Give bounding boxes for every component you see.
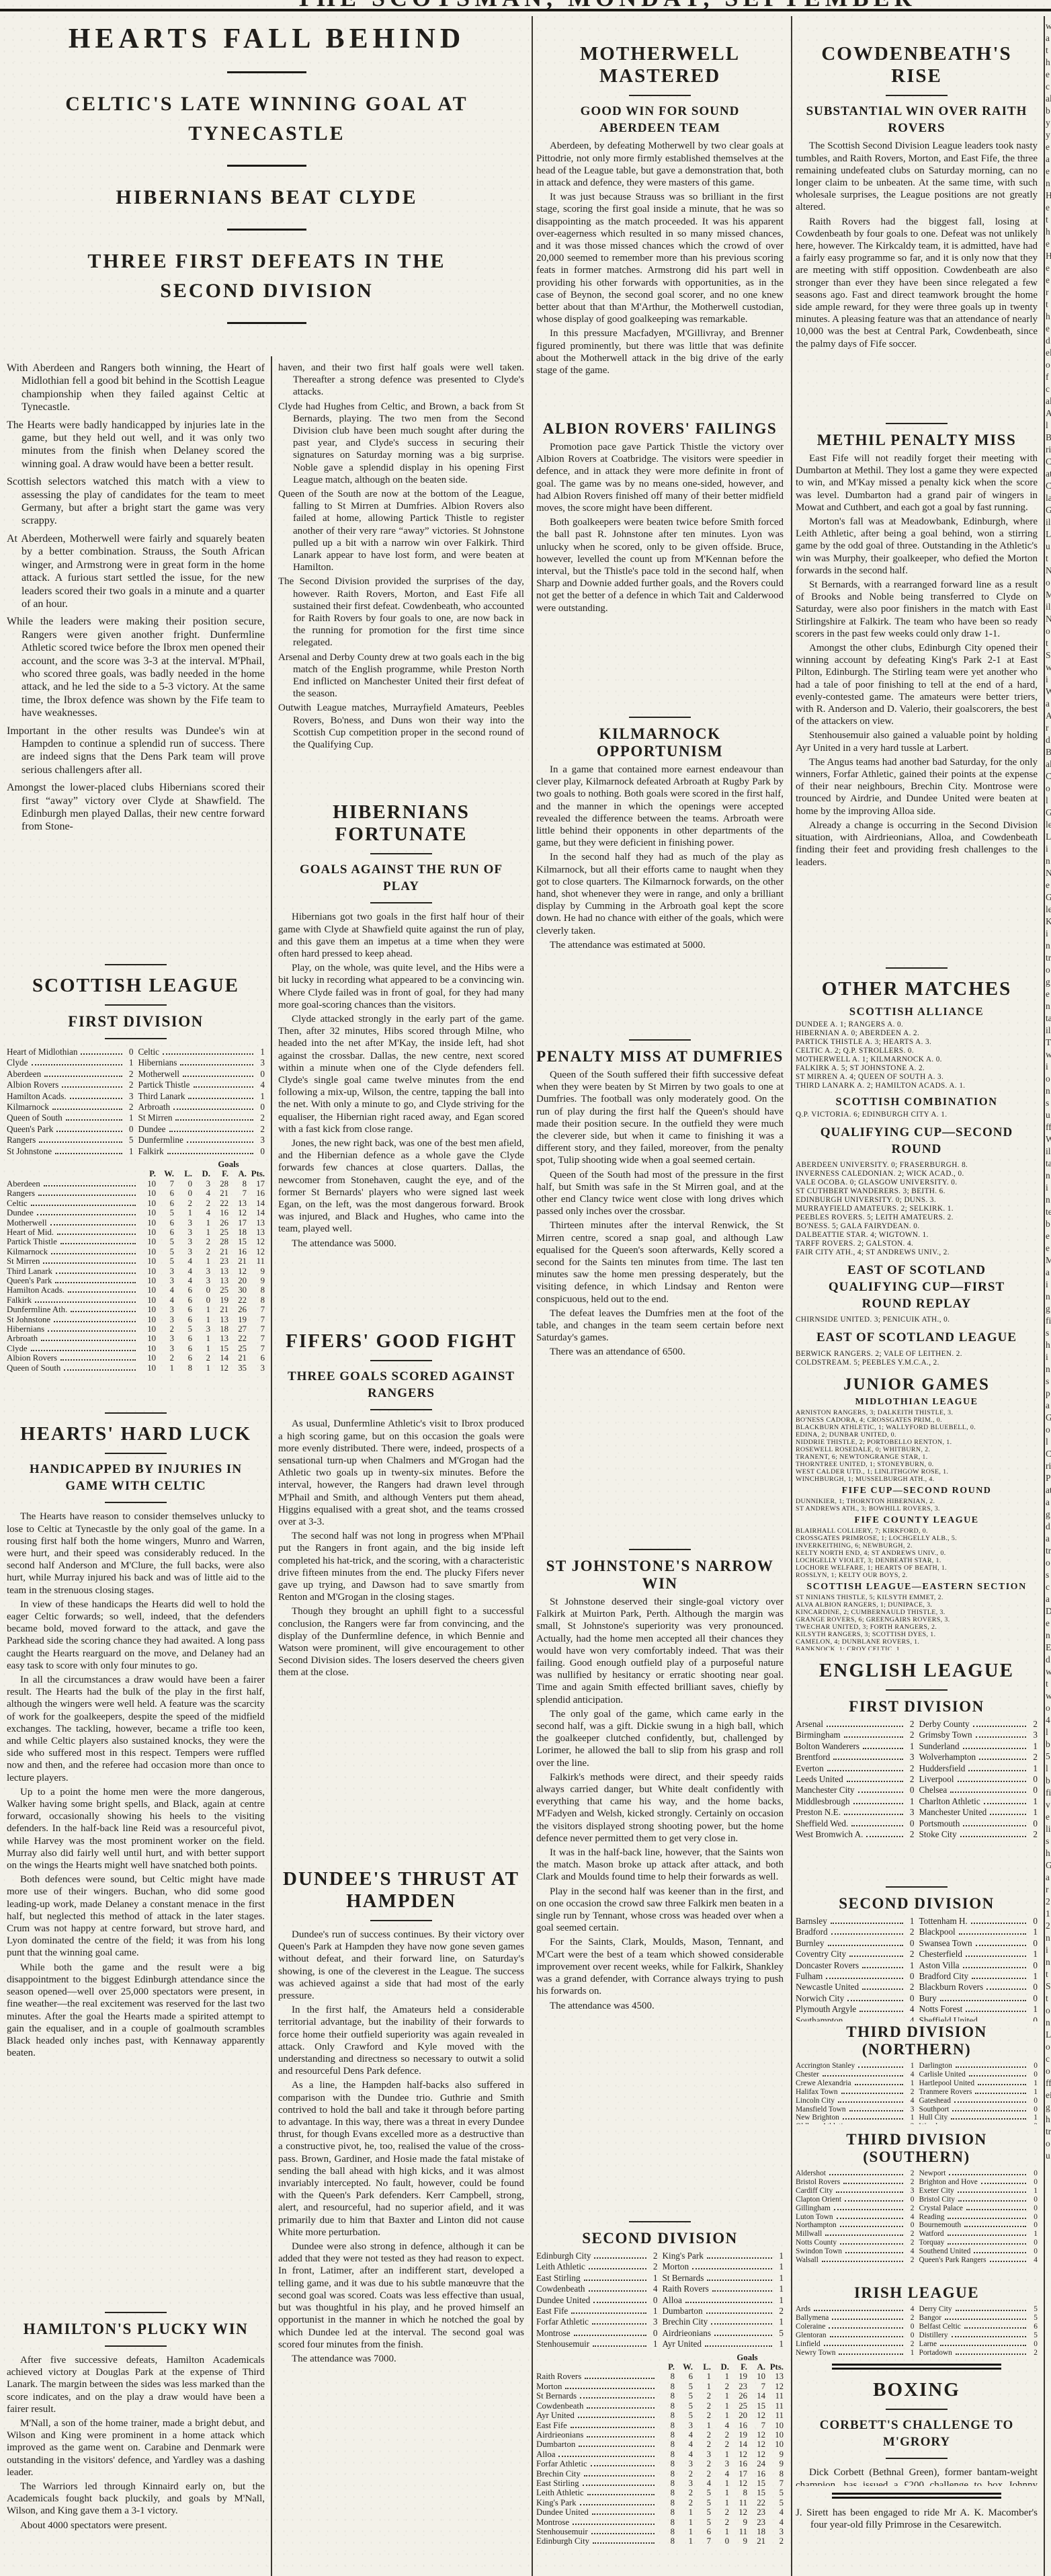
table-row: Airdrieonians8422191210 bbox=[536, 2430, 784, 2440]
away-score: 2 bbox=[774, 2306, 784, 2317]
away-score: 1 bbox=[1028, 1927, 1038, 1937]
cut-off-column-edge: w a the cal by yea en He the He er the d… bbox=[1046, 20, 1051, 2575]
stat-cell: 18 bbox=[210, 1324, 228, 1334]
stat-cell: 2 bbox=[693, 2411, 711, 2420]
article-paragraph: In a game that contained more earnest en… bbox=[536, 764, 784, 849]
away-team: Morton bbox=[663, 2261, 689, 2272]
table-row: Heart of Mid.10631251813 bbox=[7, 1227, 265, 1237]
column-header: P. bbox=[657, 2362, 675, 2372]
dotted-leader bbox=[712, 2290, 772, 2292]
team-cell-inner: Falkirk bbox=[7, 1295, 138, 1305]
home-team: Burnley bbox=[796, 1938, 825, 1949]
score-line: BO'NESS CADORA, 4; CROSSGATES PRIM., 0. bbox=[796, 1416, 1038, 1424]
stat-cell: 4 bbox=[156, 1295, 174, 1305]
dotted-leader bbox=[39, 1141, 122, 1143]
stat-cell: 6 bbox=[174, 1295, 192, 1305]
divider-rule bbox=[886, 1689, 948, 1691]
divider-rule bbox=[105, 1412, 167, 1414]
stat-cell: 1 bbox=[675, 2536, 693, 2546]
result-home-half: Walsall2 bbox=[796, 2256, 915, 2265]
home-team: Ballymena bbox=[796, 2314, 829, 2323]
stat-cell: 8 bbox=[729, 2488, 747, 2497]
team-name: Hibernians bbox=[7, 1324, 44, 1334]
stat-cell: 10 bbox=[138, 1353, 156, 1363]
result-home-half: Notts County2 bbox=[796, 2239, 915, 2247]
dotted-leader bbox=[839, 2353, 902, 2355]
stat-cell: 6 bbox=[174, 1285, 192, 1295]
result-row: Hamilton Acads.3Third Lanark1 bbox=[7, 1091, 265, 1102]
dotted-leader bbox=[589, 2290, 646, 2292]
result-home-half: Stenhousemuir1 bbox=[536, 2339, 658, 2349]
away-score: 4 bbox=[255, 1080, 265, 1090]
away-team: Notts Forest bbox=[919, 2004, 963, 2015]
stat-cell: 1 bbox=[675, 2518, 693, 2527]
result-away-half: Aston Villa0 bbox=[915, 1960, 1038, 1971]
stat-cell: 0 bbox=[711, 2536, 729, 2546]
table-row: St Mirren10541232111 bbox=[7, 1256, 265, 1266]
result-home-half: Aberdeen2 bbox=[7, 1069, 134, 1080]
table-goals-row: Goals bbox=[7, 1160, 265, 1169]
stat-cell: 8 bbox=[657, 2372, 675, 2381]
score-line: BANKNOCK, 1; CROY CELTIC, 1. bbox=[796, 1646, 1038, 1650]
home-team: Notts County bbox=[796, 2239, 837, 2247]
table-row: Brechin City822417168 bbox=[536, 2469, 784, 2479]
section-heading: SCOTTISH ALLIANCE bbox=[796, 1005, 1038, 1018]
score-line: TARFF ROVERS. 2; GALSTON. 4. bbox=[796, 1240, 1038, 1248]
stat-cell: 19 bbox=[729, 2372, 747, 2381]
dotted-leader bbox=[823, 2075, 903, 2077]
away-team: King's Park bbox=[663, 2251, 704, 2261]
dotted-leader bbox=[834, 2209, 903, 2210]
section-heading: SCOTTISH LEAGUE bbox=[7, 975, 265, 997]
lead-subheadline: HIBERNIANS BEAT CLYDE bbox=[5, 183, 528, 212]
divider-rule bbox=[886, 2458, 948, 2459]
away-score: 0 bbox=[255, 1146, 265, 1157]
home-team: Cardiff City bbox=[796, 2187, 833, 2196]
stat-cell: 3 bbox=[156, 1266, 174, 1276]
away-score: 5 bbox=[1028, 2314, 1038, 2323]
score-line: ALVA ALBION RANGERS, 1; DUNIPACE, 3. bbox=[796, 1601, 1038, 1609]
result-row: Luton Town4Reading0 bbox=[796, 2213, 1038, 2222]
stat-cell: 26 bbox=[210, 1218, 228, 1227]
spacer-cell bbox=[247, 1160, 265, 1169]
article-paragraph: Dundee were also strong in defence, alth… bbox=[278, 2241, 524, 2351]
table-row: Celtic10622221314 bbox=[7, 1199, 265, 1208]
away-team: Chesterfield bbox=[919, 1949, 962, 1960]
home-team: Doncaster Rovers bbox=[796, 1960, 859, 1971]
team-cell-inner: Dumbarton bbox=[536, 2440, 657, 2449]
result-away-half: Arbroath0 bbox=[134, 1102, 265, 1113]
stat-cell: 11 bbox=[765, 2401, 784, 2411]
dotted-leader bbox=[956, 2353, 1026, 2355]
result-home-half: Glentoran0 bbox=[796, 2331, 915, 2340]
section-heading: SECOND DIVISION bbox=[536, 2230, 784, 2247]
score-line: LOCHORE WELFARE, 1; HEARTS OF BEATH, 1. bbox=[796, 1564, 1038, 1572]
section-heading: DUNDEE'S THRUST AT HAMPDEN bbox=[278, 1868, 524, 1913]
home-score: 2 bbox=[905, 1763, 915, 1774]
stat-cell: 22 bbox=[210, 1199, 228, 1208]
results-block-english-second: SECOND DIVISIONBarnsley1Tottenham H.0Bra… bbox=[796, 1879, 1038, 2021]
result-home-half: Clapton Orient0 bbox=[796, 2196, 915, 2204]
stat-cell: 19 bbox=[729, 2430, 747, 2440]
stat-cell: 35 bbox=[228, 1363, 247, 1373]
dotted-leader bbox=[974, 2252, 1026, 2253]
away-score: 0 bbox=[1028, 1938, 1038, 1949]
stat-cell: 9 bbox=[765, 2450, 784, 2459]
score-line: THORNTREE UNITED, 1; STONEYBURN, 0. bbox=[796, 1461, 1038, 1468]
article-paragraph: The defeat leaves the Dumfries men at th… bbox=[536, 1307, 784, 1344]
team-cell-inner: Airdrieonians bbox=[536, 2430, 657, 2440]
stat-cell: 2 bbox=[675, 2498, 693, 2507]
article-paragraph: Amongst the lower-placed clubs Hibernian… bbox=[7, 781, 265, 834]
away-score: 2 bbox=[255, 1113, 265, 1123]
stat-cell: 2 bbox=[693, 2469, 711, 2479]
result-away-half: Liverpool0 bbox=[915, 1774, 1038, 1785]
team-name: Queen of South bbox=[7, 1363, 60, 1373]
team-cell: East Stirling bbox=[536, 2479, 657, 2488]
dotted-leader bbox=[849, 2110, 903, 2111]
score-line: FALKIRK A. 5; ST JOHNSTONE A. 2. bbox=[796, 1064, 1038, 1073]
stat-cell: 10 bbox=[138, 1266, 156, 1276]
dotted-leader bbox=[969, 2075, 1026, 2077]
column-rule bbox=[271, 356, 272, 2576]
dotted-leader bbox=[940, 2345, 1026, 2346]
team-cell-inner: Kilmarnock bbox=[7, 1247, 138, 1256]
home-team: Gillingham bbox=[796, 2204, 831, 2213]
team-name: Brechin City bbox=[536, 2469, 581, 2479]
stat-cell: 13 bbox=[247, 1218, 265, 1227]
stat-cell: 1 bbox=[711, 2391, 729, 2401]
table-row: Partick Thistle10532281512 bbox=[7, 1237, 265, 1246]
table-row: East Fife831416710 bbox=[536, 2421, 784, 2430]
stat-cell: 15 bbox=[228, 1237, 247, 1246]
dotted-leader bbox=[571, 2427, 655, 2428]
home-team: Hamilton Acads. bbox=[7, 1091, 67, 1102]
team-cell: Third Lanark bbox=[7, 1266, 138, 1276]
score-list: ABERDEEN UNIVERSITY. 0; FRASERBURGH. 8.I… bbox=[796, 1161, 1038, 1257]
result-row: Preston N.E.3Manchester United1 bbox=[796, 1807, 1038, 1818]
stat-cell: 6 bbox=[156, 1189, 174, 1198]
dotted-leader bbox=[843, 2183, 902, 2184]
stat-cell: 13 bbox=[210, 1315, 228, 1324]
stat-cell: 10 bbox=[138, 1199, 156, 1208]
away-score: 0 bbox=[1028, 2196, 1038, 2204]
article-paragraph: Outwith League matches, Murrayfield Amat… bbox=[278, 702, 524, 751]
home-score: 1 bbox=[124, 1057, 134, 1068]
result-home-half: Manchester City0 bbox=[796, 1785, 915, 1796]
score-line: ST NINIANS THISTLE, 5; KILSYTH EMMET, 2. bbox=[796, 1594, 1038, 1601]
article-paragraph: The second half was not long in progress… bbox=[278, 1530, 524, 1603]
away-score: 1 bbox=[1028, 1971, 1038, 1982]
stat-cell: 5 bbox=[765, 2488, 784, 2497]
dotted-leader bbox=[32, 1064, 122, 1065]
dotted-leader bbox=[979, 1759, 1026, 1760]
divider-rule bbox=[886, 1886, 948, 1888]
result-home-half: Rangers5 bbox=[7, 1135, 134, 1145]
stat-cell: 16 bbox=[247, 1189, 265, 1198]
away-team: Belfast Celtic bbox=[919, 2323, 961, 2331]
section-heading: HEARTS' HARD LUCK bbox=[7, 1423, 265, 1445]
table-row: Cowdenbeath8521251511 bbox=[536, 2401, 784, 2411]
article-paragraph: St Johnstone deserved their single-goal … bbox=[536, 1596, 784, 1706]
result-home-half: Gillingham2 bbox=[796, 2204, 915, 2213]
score-line: BERWICK RANGERS. 2; VALE OF LEITHEN. 2. bbox=[796, 1350, 1038, 1359]
dotted-leader bbox=[44, 1185, 136, 1186]
article-paragraph: Clyde had Hughes from Celtic, and Brown,… bbox=[278, 401, 524, 486]
away-score: 0 bbox=[1028, 2239, 1038, 2247]
result-home-half: Burnley0 bbox=[796, 1938, 915, 1949]
away-team: Newport bbox=[919, 2169, 946, 2178]
dotted-leader bbox=[56, 1131, 122, 1132]
result-home-half: Norwich City0 bbox=[796, 1993, 915, 2004]
result-away-half: Carlisle United0 bbox=[915, 2070, 1038, 2079]
stat-cell: 8 bbox=[657, 2440, 675, 2449]
home-score: 1 bbox=[648, 2339, 658, 2349]
home-team: Swindon Town bbox=[796, 2247, 842, 2256]
table-row: Queen of South1018112353 bbox=[7, 1363, 265, 1373]
result-row: Edinburgh City2King's Park1 bbox=[536, 2251, 784, 2261]
stat-cell: 21 bbox=[228, 1353, 247, 1363]
team-cell: Hamilton Acads. bbox=[7, 1285, 138, 1295]
result-away-half: Hibernians3 bbox=[134, 1057, 265, 1068]
home-team: East Stirling bbox=[536, 2273, 581, 2284]
stat-cell: 6 bbox=[174, 1334, 192, 1343]
article-paragraph: Already a change is occurring in the Sec… bbox=[796, 819, 1038, 869]
result-row: Brentford3Wolverhampton2 bbox=[796, 1752, 1038, 1763]
stat-cell: 3 bbox=[675, 2459, 693, 2468]
stat-cell: 8 bbox=[657, 2536, 675, 2546]
result-away-half: King's Park1 bbox=[658, 2251, 784, 2261]
team-cell-inner: Morton bbox=[536, 2382, 657, 2391]
result-away-half: Southport0 bbox=[915, 2105, 1038, 2114]
section-heading: KILMARNOCK OPPORTUNISM bbox=[536, 725, 784, 760]
stat-cell: 10 bbox=[138, 1295, 156, 1305]
stat-cell: 3 bbox=[156, 1305, 174, 1314]
stat-cell: 1 bbox=[192, 1256, 210, 1266]
stat-cell: 28 bbox=[210, 1237, 228, 1246]
table-row: Hibernians1025318277 bbox=[7, 1324, 265, 1334]
stat-cell: 24 bbox=[747, 2459, 765, 2468]
article-paragraph: The Second Division provided the surpris… bbox=[278, 575, 524, 649]
table-row: Third Lanark1034313129 bbox=[7, 1266, 265, 1276]
result-away-half: Motherwell0 bbox=[134, 1069, 265, 1080]
away-team: Motherwell bbox=[138, 1069, 180, 1080]
dotted-leader bbox=[862, 1967, 902, 1968]
result-away-half: Portadown2 bbox=[915, 2349, 1038, 2357]
home-score: 1 bbox=[905, 1796, 915, 1807]
stat-cell: 1 bbox=[192, 1344, 210, 1353]
stat-cell: 3 bbox=[156, 1276, 174, 1285]
team-name: St Mirren bbox=[7, 1256, 40, 1266]
stat-cell: 1 bbox=[192, 1218, 210, 1227]
dotted-leader bbox=[847, 1781, 903, 1782]
stat-cell: 21 bbox=[210, 1305, 228, 1314]
dotted-leader bbox=[66, 1119, 122, 1121]
team-cell-inner: Third Lanark bbox=[7, 1266, 138, 1276]
stat-cell: 11 bbox=[729, 2498, 747, 2507]
stat-cell: 16 bbox=[210, 1208, 228, 1217]
dotted-leader bbox=[60, 1359, 136, 1361]
section-heading: EAST OF SCOTLAND QUALIFYING CUP—FIRST RO… bbox=[805, 1262, 1028, 1312]
divider-rule bbox=[370, 1409, 432, 1410]
team-name: Clyde bbox=[7, 1344, 28, 1353]
result-home-half: Hamilton Acads.3 bbox=[7, 1091, 134, 1102]
result-home-half: Edinburgh City2 bbox=[536, 2251, 658, 2261]
score-line: ST CUTHBERT WANDERERS. 3; BEITH. 6. bbox=[796, 1187, 1038, 1196]
team-cell-inner: Queen's Park bbox=[7, 1276, 138, 1285]
article-paragraph: Stenhousemuir also gained a valuable poi… bbox=[796, 729, 1038, 754]
article-paragraph: With Aberdeen and Rangers both winning, … bbox=[7, 362, 265, 414]
score-line: THIRD LANARK A. 2; HAMILTON ACADS. A. 1. bbox=[796, 1082, 1038, 1090]
dotted-leader bbox=[840, 2226, 903, 2227]
team-name: King's Park bbox=[536, 2498, 577, 2507]
column-header: D. bbox=[192, 1169, 210, 1178]
dotted-leader bbox=[62, 1086, 122, 1088]
dotted-leader bbox=[44, 1076, 122, 1077]
away-team: Blackpool bbox=[919, 1927, 956, 1937]
article-paragraph: After five successive defeats, Hamilton … bbox=[7, 2354, 265, 2415]
stat-cell: 6 bbox=[174, 1315, 192, 1324]
score-line: MURRAYFIELD AMATEURS. 2; SELKIRK. 1. bbox=[796, 1205, 1038, 1213]
home-score: 3 bbox=[648, 2317, 658, 2327]
article-paragraph: Amongst the other clubs, Edinburgh City … bbox=[796, 642, 1038, 727]
score-list: DUNDEE A. 1; RANGERS A. 0.HIBERNIAN A. 0… bbox=[796, 1020, 1038, 1090]
home-score: 0 bbox=[905, 1993, 915, 2004]
result-away-half: Ayr United1 bbox=[658, 2339, 784, 2349]
home-team: Newcastle United bbox=[796, 1982, 859, 1993]
away-team: Bristol City bbox=[919, 2196, 955, 2204]
table-row: Raith Rovers8611191013 bbox=[536, 2372, 784, 2381]
team-cell: Falkirk bbox=[7, 1295, 138, 1305]
stat-cell: 8 bbox=[247, 1285, 265, 1295]
dotted-leader bbox=[578, 2417, 655, 2418]
result-away-half: Airdrieonians5 bbox=[658, 2328, 784, 2339]
article-block-st-johnstone: ST JOHNSTONE'S NARROW WINSt Johnstone de… bbox=[536, 1541, 784, 2214]
stat-cell: 13 bbox=[210, 1334, 228, 1343]
result-row: West Bromwich A.2Stoke City2 bbox=[796, 1829, 1038, 1840]
stat-cell: 5 bbox=[675, 2401, 693, 2411]
result-home-half: Lincoln City4 bbox=[796, 2097, 915, 2105]
away-score: 0 bbox=[1028, 2105, 1038, 2114]
team-name: St Johnstone bbox=[7, 1315, 50, 1324]
result-home-half: Heart of Midlothian0 bbox=[7, 1047, 134, 1057]
article-paragraph: Queen of the South had most of the press… bbox=[536, 1169, 784, 1218]
column-header: P. bbox=[138, 1169, 156, 1178]
stat-cell: 1 bbox=[174, 1208, 192, 1217]
stat-cell: 6 bbox=[174, 1344, 192, 1353]
away-team: Partick Thistle bbox=[138, 1080, 190, 1090]
result-away-half: Queen's Park Rangers4 bbox=[915, 2256, 1038, 2265]
result-row: Ards4Derry City5 bbox=[796, 2305, 1038, 2314]
result-row: Burnley0Swansea Town0 bbox=[796, 1938, 1038, 1949]
away-team: St Bernards bbox=[663, 2273, 704, 2284]
result-row: Montrose0Airdrieonians5 bbox=[536, 2328, 784, 2339]
stat-cell: 2 bbox=[192, 1237, 210, 1246]
away-team: Watford bbox=[919, 2230, 944, 2239]
result-row: Stenhousemuir1Ayr United1 bbox=[536, 2339, 784, 2349]
home-score: 2 bbox=[905, 1982, 915, 1993]
result-row: Chester4Carlisle United0 bbox=[796, 2070, 1038, 2079]
column-rule bbox=[791, 16, 792, 2576]
dotted-leader bbox=[841, 2093, 903, 2094]
article-block-cowdenbeath-rise: COWDENBEATH'S RISESUBSTANTIAL WIN OVER R… bbox=[796, 34, 1038, 415]
result-away-half: Derby County2 bbox=[915, 1719, 1038, 1730]
dotted-leader bbox=[958, 2191, 1026, 2193]
dotted-leader bbox=[963, 1748, 1026, 1749]
team-cell: Leith Athletic bbox=[536, 2488, 657, 2497]
stat-cell: 1 bbox=[711, 2401, 729, 2411]
stat-cell: 4 bbox=[174, 1276, 192, 1285]
stat-cell: 8 bbox=[657, 2459, 675, 2468]
dotted-leader bbox=[187, 1141, 253, 1143]
divider-rule bbox=[629, 717, 691, 718]
team-cell-inner: Clyde bbox=[7, 1344, 138, 1353]
stat-cell: 5 bbox=[765, 2498, 784, 2507]
home-score: 4 bbox=[905, 2097, 915, 2105]
stat-cell: 2 bbox=[711, 2382, 729, 2391]
away-score: 2 bbox=[255, 1124, 265, 1135]
dotted-leader bbox=[814, 2310, 902, 2311]
away-score: 1 bbox=[1028, 2187, 1038, 2196]
article-block-kilmarnock-opportunism: KILMARNOCK OPPORTUNISMIn a game that con… bbox=[536, 709, 784, 1032]
away-team: Ayr United bbox=[663, 2339, 702, 2349]
stat-cell: 2 bbox=[693, 2459, 711, 2468]
stat-cell: 4 bbox=[675, 2450, 693, 2459]
stat-cell: 7 bbox=[693, 2536, 711, 2546]
section-heading: HANDICAPPED BY INJURIES IN GAME WITH CEL… bbox=[16, 1461, 255, 1494]
score-line: KILSYTH RANGERS, 3; SCOTTISH DYES, 1. bbox=[796, 1631, 1038, 1638]
away-team: Exeter City bbox=[919, 2187, 954, 2196]
home-team: Preston N.E. bbox=[796, 1807, 841, 1818]
result-row: Birmingham2Grimsby Town3 bbox=[796, 1730, 1038, 1740]
away-score: 2 bbox=[1028, 1719, 1038, 1730]
stat-cell: 10 bbox=[138, 1179, 156, 1189]
article-block-racing-note: J. Sirett has been engaged to ride Mr A.… bbox=[796, 2486, 1038, 2570]
result-away-half: Portsmouth0 bbox=[915, 1818, 1038, 1829]
dotted-leader bbox=[188, 1098, 253, 1099]
stat-cell: 3 bbox=[156, 1315, 174, 1324]
result-home-half: Birmingham2 bbox=[796, 1730, 915, 1740]
dotted-leader bbox=[579, 2446, 655, 2447]
away-score: 0 bbox=[1028, 2221, 1038, 2230]
home-score: 0 bbox=[905, 2221, 915, 2230]
away-team: Larne bbox=[919, 2340, 937, 2349]
stat-cell: 4 bbox=[156, 1285, 174, 1295]
stat-cell: 5 bbox=[156, 1256, 174, 1266]
stat-cell: 6 bbox=[174, 1305, 192, 1314]
home-team: Bradford bbox=[796, 1927, 828, 1937]
result-away-half: Bradford City1 bbox=[915, 1971, 1038, 1982]
dotted-leader bbox=[858, 2066, 902, 2068]
result-away-half: Chesterfield1 bbox=[915, 1949, 1038, 1960]
home-team: Ards bbox=[796, 2305, 810, 2314]
stat-cell: 20 bbox=[228, 1276, 247, 1285]
team-name: Heart of Mid. bbox=[7, 1227, 54, 1237]
home-score: 1 bbox=[648, 2273, 658, 2284]
thick-divider bbox=[832, 2364, 1001, 2370]
home-score: 5 bbox=[124, 1135, 134, 1145]
score-line: FAIR CITY ATH., 4; ST ANDREWS UNIV., 2. bbox=[796, 1248, 1038, 1257]
home-team: Leith Athletic bbox=[536, 2261, 585, 2272]
dotted-leader bbox=[853, 1803, 903, 1804]
dotted-leader bbox=[580, 2504, 655, 2505]
result-away-half: Dundee2 bbox=[134, 1124, 265, 1135]
dotted-leader bbox=[966, 1956, 1026, 1957]
table-row: Queen's Park1034313209 bbox=[7, 1276, 265, 1285]
team-name: Leith Athletic bbox=[536, 2488, 584, 2497]
stat-cell: 4 bbox=[711, 2469, 729, 2479]
stat-cell: 10 bbox=[138, 1189, 156, 1198]
